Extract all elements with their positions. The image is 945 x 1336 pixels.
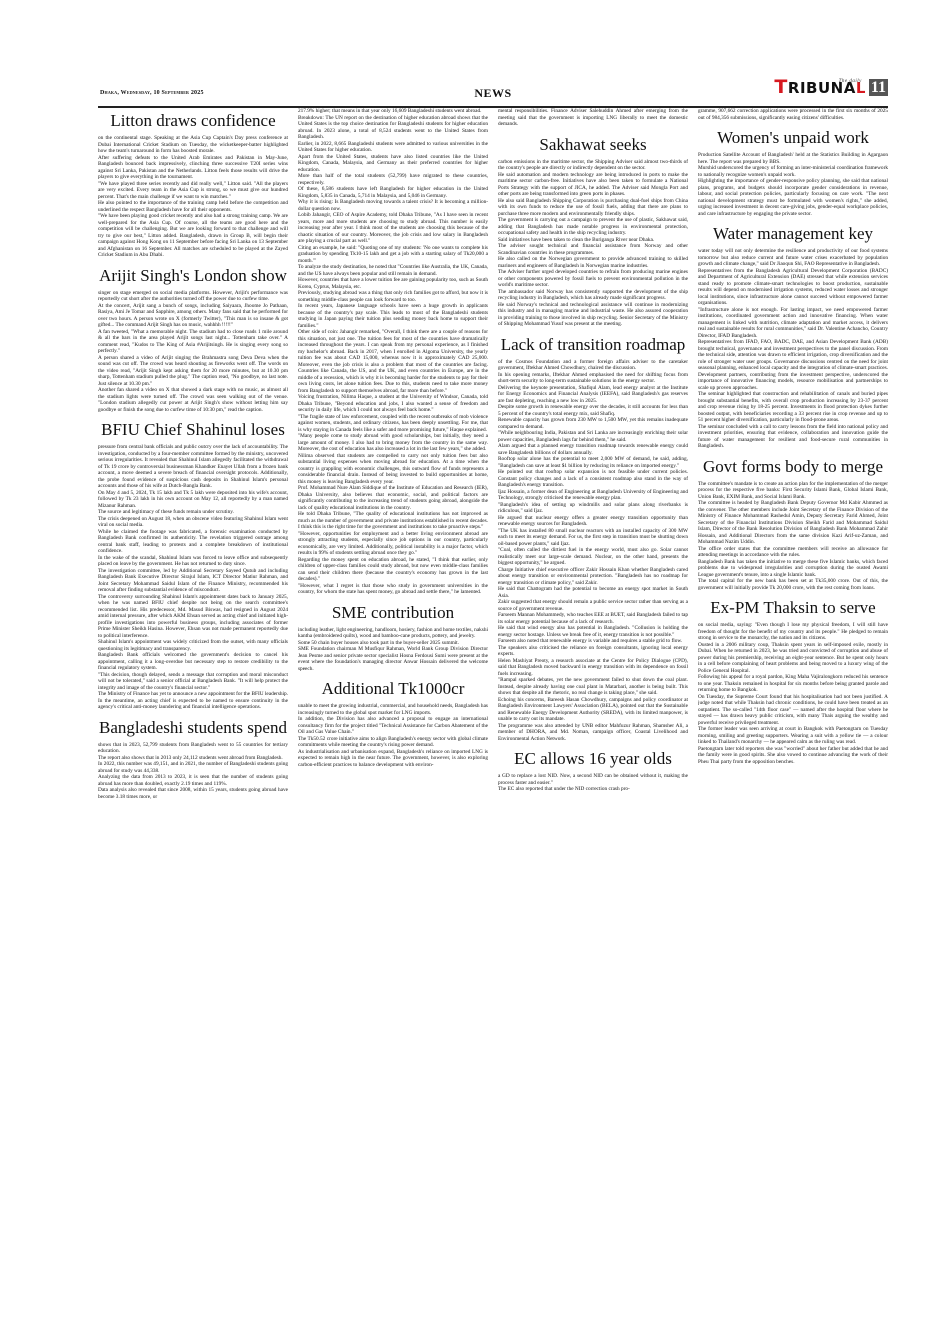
paragraph: a GD to replace a lost NID. Now, a secon… [498,773,688,786]
paragraph: After suffering defeats to the United Ar… [98,155,288,181]
paragraph: SME Foundation chairman M Musfiqur Rahma… [298,646,488,672]
paragraph: A fan tweeted, "What a memorable night. … [98,329,288,355]
paragraph: Ousted in a 2006 military coup, Thaksin … [698,642,888,675]
paragraph: The former leader was seen arriving at c… [698,726,888,746]
paragraph: As industrialisation and urbanisation ex… [298,749,488,769]
paragraph: Zakir suggested that energy should remai… [498,599,688,612]
paragraph: water today will not only determine the … [698,248,888,268]
paragraph: On May 4 and 5, 2024, Tk 15 lakh and Tk … [98,490,288,510]
article-gap [698,591,888,595]
paragraph: In 2022, this number was 49,151, and in … [98,761,288,774]
paragraph: Data analysis also revealed that since 2… [98,787,288,800]
headline: Bangladeshi students spend [98,718,288,737]
paragraph: Voicing frustration, Nilima Haque, a stu… [298,394,488,414]
paragraph: He said Norway's technical and technolog… [498,302,688,328]
article-litton: Litton draws confidenceon the continenta… [98,111,288,263]
page-number: 11 [869,79,888,96]
article-gap [498,128,688,132]
paragraph: Alam argued that a planned energy transi… [498,443,688,456]
paragraph: In recent years, Japanese language schoo… [298,303,488,329]
paragraph: "This decision, though delayed, sends a … [98,672,288,692]
paragraph: The programme was also attended by UNB e… [498,723,688,743]
paragraph: Representatives from IFAD, FAO, BADC, DA… [698,339,888,391]
paragraph: Nilima observed that students are compel… [298,453,488,486]
logo-wordmark: The dailyTRIBUNAL [774,79,865,96]
paragraph: Why it is rising: Is Bangladesh moving t… [298,199,488,212]
article-govt: Govt forms body to mergeThe committee's … [698,457,888,596]
paragraph: Paetongtarn later told reporters she was… [698,746,888,766]
headline: Additional Tk1000cr [298,679,488,698]
paragraph: Bangladesh Bank has taken the initiative… [698,559,888,579]
paragraph: The Ministry of Finance has yet to annou… [98,691,288,711]
paragraph: Echoing his concerns, Bareesh Hasan Chow… [498,697,688,723]
paragraph: Apart from the United States, students h… [298,154,488,174]
paragraph: "The fragile state of law enforcement, c… [298,414,488,434]
headline: Ex-PM Thaksin to serve [698,598,888,617]
paragraph: The adviser sought technical and financi… [498,243,688,256]
article-gap [698,217,888,221]
article-gap [298,672,488,676]
section-title: NEWS [98,86,888,101]
paragraph: "We have been playing good cricket recen… [98,213,288,259]
paragraph: carbon emissions in the maritime sector,… [498,159,688,172]
paragraph: He pointed out that rooftop solar expans… [498,469,688,489]
columns: Litton draws confidenceon the continenta… [98,108,888,1288]
article-gap [98,413,288,417]
paragraph: Shahinul Islam's appointment was widely … [98,639,288,652]
paragraph: The government is carrying out a campaig… [498,217,688,237]
paragraph: He argued that nuclear energy offers a g… [498,515,688,528]
paragraph: Charge Initiative chief executive office… [498,567,688,587]
paragraph: In the wake of the scandal, Shahinul Isl… [98,555,288,568]
paragraph: The ambassador said Norway has consisten… [498,289,688,302]
paragraph: A person shared a video of Arijit singin… [98,355,288,388]
article-gap [698,121,888,125]
article-gap [98,800,288,804]
article-gap [298,768,488,772]
headline: Women's unpaid work [698,128,888,147]
article-gap [298,596,488,600]
article-gap [498,328,688,332]
paragraph: pressure from central bank officials and… [98,444,288,490]
article-bfiu: BFIU Chief Shahinul losespressure from c… [98,420,288,715]
paragraph: Rooftop solar alone has the potential to… [498,456,688,469]
paragraph: Prof. Mohammad Nure Alam Siddique of the… [298,485,488,511]
article-gap [498,793,688,797]
paragraph: "However, opportunities for employment a… [298,531,488,557]
paragraph: He also pointed to the importance of the… [98,200,288,213]
paragraph: The Tk50.52 crore initiative aims to ali… [298,736,488,749]
headline: Litton draws confidence [98,111,288,130]
article-sme: SME contributionincluding leather, light… [298,603,488,677]
newspaper-page: Dhaka, Wednesday, 10 September 2025 NEWS… [98,82,888,108]
paragraph: "While neighbouring India, Pakistan and … [498,430,688,443]
headline: Govt forms body to merge [698,457,888,476]
paragraph: on the continental stage. Speaking at th… [98,135,288,155]
paragraph: Earlier, in 2022, 8,665 Bangladeshi stud… [298,141,488,154]
article-tk1000: Additional Tk1000crunable to meet the gr… [298,679,488,772]
article-sakhawat: Sakhawat seekscarbon emissions in the ma… [498,135,688,332]
paragraph: "Coal, often called the dirtiest fuel in… [498,547,688,567]
paragraph: Ijaz Hossain, a former dean of Engineeri… [498,489,688,502]
article-thaksin: Ex-PM Thaksin to serveon social media, s… [698,598,888,769]
headline: Water management key [698,224,888,243]
paragraph: Breakdown: The UN report on the destinat… [298,115,488,141]
masthead: Dhaka, Wednesday, 10 September 2025 NEWS… [98,82,888,104]
headline: EC allows 16 year olds [498,749,688,768]
paragraph: "The UK has installed 80 small nuclear r… [498,528,688,548]
logo-the-daily: The daily [839,74,862,90]
paragraph: "Many people come to study abroad with g… [298,433,488,453]
logo-letter-t: T [774,76,787,98]
article-students-continued: 217.9% higher; that means in that year o… [298,108,488,600]
article-transition: Lack of transition roadmapof the Cosmos … [498,335,688,747]
paragraph: Farseem also noted that renewable energy… [498,638,688,645]
paragraph: The seminar concluded with a call to car… [698,424,888,450]
article-lng-continued: mental responsibilities. Finance Adviser… [498,108,688,132]
headline: SME contribution [298,603,488,622]
paragraph: Representatives from the Bangladesh Agri… [698,268,888,307]
tribunal-logo: The dailyTRIBUNAL 11 [774,79,888,96]
paragraph: To analyze the study destination, he not… [298,264,488,277]
paragraph: Delivering the keynote presentation, Sha… [498,385,688,405]
article-ec: EC allows 16 year oldsa GD to replace a … [498,749,688,797]
paragraph: The office order states that the committ… [698,546,888,559]
paragraph: Previously, studying abroad was a thing … [298,290,488,303]
paragraph: At the concert, Arijit sang a bunch of s… [98,303,288,329]
paragraph: However, countries that have a lower tui… [298,277,488,290]
paragraph: "Infrastructure alone is not enough. For… [698,307,888,340]
article-students: Bangladeshi students spendshows that in … [98,718,288,805]
paragraph: The seminar highlighted that constructio… [698,391,888,424]
paragraph: "Bangladesh's idea of setting up windmil… [498,502,688,515]
paragraph: Production Satellite Account of Banglade… [698,152,888,165]
article-women: Women's unpaid workProduction Satellite … [698,128,888,221]
paragraph: The committee's mandate is to create an … [698,481,888,501]
paragraph: The Adviser further urged developed coun… [498,269,688,289]
paragraph: Regarding the money spent on education a… [298,557,488,583]
column-2: 217.9% higher; that means in that year o… [298,108,488,1288]
paragraph: mental responsibilities. Finance Adviser… [498,108,688,128]
paragraph: "However, what I regret is that those wh… [298,583,488,596]
paragraph: More than half of the total students (52… [298,173,488,186]
paragraph: The controversy surrounding Shahinul Isl… [98,594,288,640]
paragraph: The crisis deepened on August 18, when a… [98,516,288,529]
paragraph: He also called on the Norwegian governme… [498,256,688,269]
paragraph: He told Dhaka Tribune, "The quality of e… [298,511,488,531]
paragraph: Another fan shared a video on X that sho… [98,387,288,413]
paragraph: Lobib Jahangir, CEO of Aspire Academy, t… [298,212,488,245]
paragraph: including leather, light engineering, ha… [298,627,488,640]
paragraph: In his opening remarks, Iftekhar Ahmed e… [498,372,688,385]
headline: Lack of transition roadmap [498,335,688,354]
paragraph: Following his appeal for a royal pardon,… [698,674,888,694]
paragraph: Citing an example, he said: "Quoting one… [298,245,488,265]
paragraph: While he claimed the footage was fabrica… [98,529,288,555]
article-gap [698,450,888,454]
headline: Arijit Singh's London show [98,266,288,285]
paragraph: 217.9% higher; that means in that year o… [298,108,488,115]
article-gap [498,742,688,746]
paragraph: "Rampal sparked debates, yet the new gov… [498,677,688,697]
paragraph: Renewable capacity has grown from 230 MW… [498,417,688,430]
paragraph: unable to meet the growing industrial, c… [298,703,488,716]
paragraph: The investigation committee, led by Addi… [98,568,288,594]
article-gap [98,711,288,715]
paragraph: Helen Mashiyat Preoty, a research associ… [498,658,688,678]
paragraph: Farseem Mannan Mohammedy, who teaches EE… [498,612,688,625]
paragraph: Highlighting the importance of gender-re… [698,178,888,217]
column-3: mental responsibilities. Finance Adviser… [498,108,688,1288]
paragraph: gramme, 907,662 correction applications … [698,108,888,121]
paragraph: He said that Chattogram had the potentia… [498,586,688,599]
paragraph: On Tuesday, the Supreme Court found that… [698,694,888,727]
paragraph: Analyzing the data from 2013 to 2023, it… [98,774,288,787]
column-4: gramme, 907,662 correction applications … [698,108,888,1288]
paragraph: He also said Bangladesh Shipping Corpora… [498,198,688,218]
headline: Sakhawat seeks [498,135,688,154]
paragraph: Of these, 6,586 students have left Bangl… [298,186,488,199]
paragraph: Despite some growth in renewable energy … [498,404,688,417]
paragraph: He said automation and modern technology… [498,172,688,198]
paragraph: He said that wind energy also has potent… [498,625,688,638]
paragraph: on social media, saying: "Even though I … [698,622,888,642]
paragraph: "We have played three series recently an… [98,181,288,201]
paragraph: singer on stage emerged on social media … [98,290,288,303]
paragraph: In addition, the Division has also advan… [298,716,488,736]
paragraph: The total capital for the new bank has b… [698,578,888,591]
column-1: Litton draws confidenceon the continenta… [98,108,288,1288]
article-ec-continued: gramme, 907,662 correction applications … [698,108,888,125]
paragraph: The speakers also criticised the relianc… [498,645,688,658]
article-gap [698,765,888,769]
article-water: Water management keywater today will not… [698,224,888,454]
paragraph: of the Cosmos Foundation and a former fo… [498,359,688,372]
headline: BFIU Chief Shahinul loses [98,420,288,439]
paragraph: Other side of coin: Jahangir remarked, "… [298,329,488,394]
paragraph: The committee is headed by Bangladesh Ba… [698,500,888,546]
paragraph: shows that in 2023, 52,799 students from… [98,742,288,755]
paragraph: Murshid underscored the urgency of formi… [698,165,888,178]
paragraph: Bangladesh Bank officials welcomed the g… [98,652,288,672]
article-arijit: Arijit Singh's London showsinger on stag… [98,266,288,418]
article-gap [98,259,288,263]
